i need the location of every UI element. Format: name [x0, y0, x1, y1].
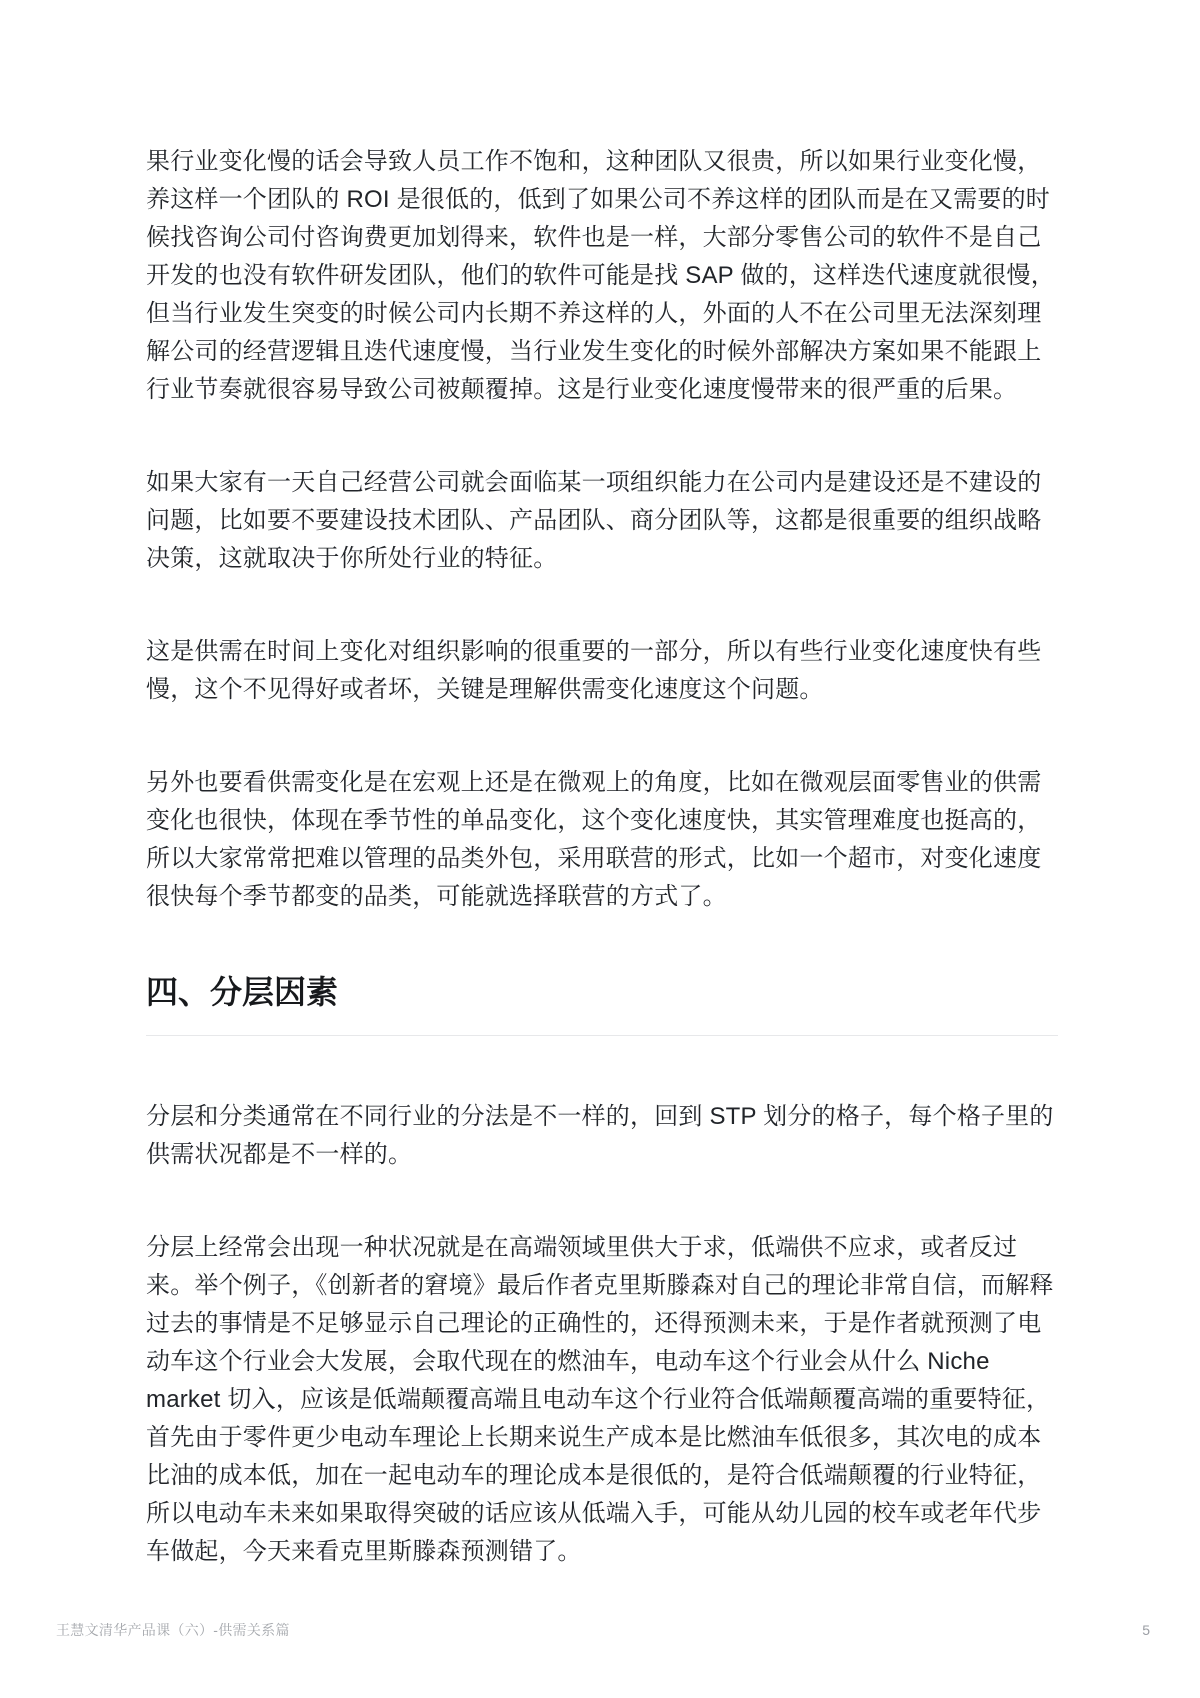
paragraph: 分层和分类通常在不同行业的分法是不一样的，回到 STP 划分的格子，每个格子里的…: [146, 1098, 1058, 1174]
section-heading: 四、分层因素: [146, 971, 1058, 1036]
paragraph: 分层上经常会出现一种状况就是在高端领域里供大于求，低端供不应求，或者反过来。举个…: [146, 1229, 1058, 1571]
document-page: 果行业变化慢的话会导致人员工作不饱和，这种团队又很贵，所以如果行业变化慢，养这样…: [146, 143, 1058, 1626]
page-number: 5: [1142, 1620, 1150, 1640]
paragraph: 如果大家有一天自己经营公司就会面临某一项组织能力在公司内是建设还是不建设的问题，…: [146, 464, 1058, 578]
paragraph: 这是供需在时间上变化对组织影响的很重要的一部分，所以有些行业变化速度快有些慢，这…: [146, 633, 1058, 709]
paragraph: 另外也要看供需变化是在宏观上还是在微观上的角度，比如在微观层面零售业的供需变化也…: [146, 764, 1058, 916]
paragraph: 果行业变化慢的话会导致人员工作不饱和，这种团队又很贵，所以如果行业变化慢，养这样…: [146, 143, 1058, 409]
footer-doc-title: 王慧文清华产品课（六）-供需关系篇: [56, 1620, 290, 1640]
page-footer: 王慧文清华产品课（六）-供需关系篇 5: [56, 1620, 1150, 1640]
